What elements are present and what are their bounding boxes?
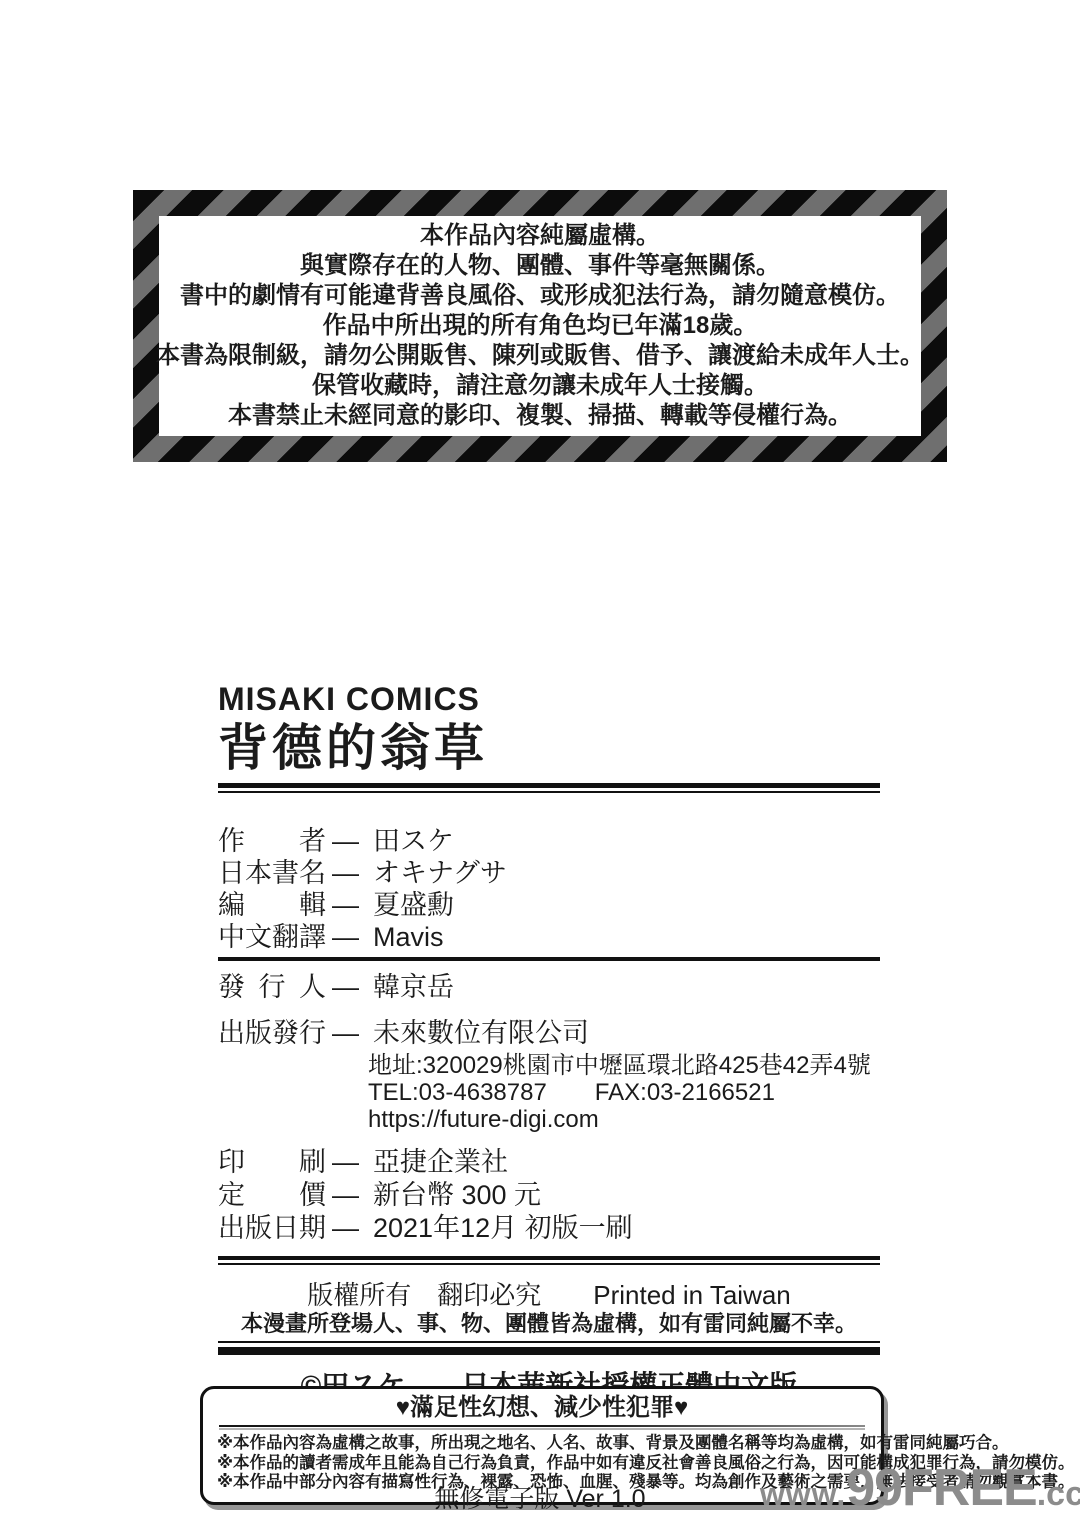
credit-value: 田スケ [373,825,880,857]
content-warning-box: 本作品內容純屬虛構。 與實際存在的人物、團體、事件等毫無關係。 書中的劇情有可能… [133,190,947,462]
credit-label: 編輯 [218,889,326,921]
site-watermark: www. 99FREE .cc [760,1458,1080,1518]
credit-value: 夏盛勳 [373,889,880,921]
publication-row-date: 出版日期 — 2021年12月 初版一刷 [218,1212,880,1244]
copyright-divider [218,1341,880,1355]
publication-dash: — [332,1179,359,1211]
credits-list: 作者 — 田スケ 日本書名 — オキナグサ 編輯 — 夏盛勳 中文翻譯 — Ma… [218,825,880,953]
rating-notice-heading: ♥滿足性幻想、減少性犯罪♥ [217,1394,867,1422]
publisher-website: https://future-digi.com [368,1106,880,1133]
publication-dash: — [332,1146,359,1178]
publication-label: 發行人 [218,971,326,1003]
publication-row-publisher: 出版發行 — 未來數位有限公司 [218,1017,880,1049]
warning-line: 本書為限制級，請勿公開販售、陳列或販售、借予、讓渡給未成年人士。 [156,341,924,371]
publication-value: 亞捷企業社 [373,1146,880,1178]
publication-divider [218,1256,880,1265]
watermark-brand: 99FREE [846,1458,1037,1518]
watermark-tld: .cc [1037,1475,1080,1514]
credit-value: Mavis [373,921,880,953]
publication-row-printer: 印刷 — 亞捷企業社 [218,1146,880,1178]
publication-label: 出版發行 [218,1017,326,1049]
credit-label: 作者 [218,825,326,857]
publisher-imprint-logo: MISAKI COMICS [218,683,880,715]
rating-notice-divider [219,1425,865,1427]
warning-line: 作品中所出現的所有角色均已年滿18歲。 [323,311,758,341]
publication-label: 印刷 [218,1146,326,1178]
copyright-statement: 版權所有 翻印必究 Printed in Taiwan [218,1275,880,1307]
publication-row-issuer: 發行人 — 韓京岳 [218,971,880,1003]
publication-value: 韓京岳 [373,971,880,1003]
credit-row-author: 作者 — 田スケ [218,825,880,857]
publication-label: 出版日期 [218,1212,326,1244]
warning-line: 本作品內容純屬虛構。 [420,221,660,251]
publisher-address: 地址:320029桃園市中壢區環北路425巷42弄4號 [368,1052,880,1079]
warning-line: 保管收藏時，請注意勿讓未成年人士接觸。 [312,371,768,401]
credit-row-japanese-title: 日本書名 — オキナグサ [218,857,880,889]
fiction-disclaimer: 本漫畫所登場人、事、物、團體皆為虛構，如有雷同純屬不幸。 [218,1313,880,1335]
warning-line: 與實際存在的人物、團體、事件等毫無關係。 [300,251,780,281]
credit-label: 中文翻譯 [218,921,326,953]
credit-label: 日本書名 [218,857,326,889]
credit-dash: — [332,857,359,889]
publication-label: 定價 [218,1179,326,1211]
warning-line: 本書禁止未經同意的影印、複製、掃描、轉載等侵權行為。 [228,401,852,431]
book-title: 背德的翁草 [218,721,880,775]
credit-row-translator: 中文翻譯 — Mavis [218,921,880,953]
credit-row-editor: 編輯 — 夏盛勳 [218,889,880,921]
publication-value: 新台幣 300 元 [373,1179,880,1211]
title-divider [218,783,880,793]
content-warning-text: 本作品內容純屬虛構。 與實際存在的人物、團體、事件等毫無關係。 書中的劇情有可能… [159,216,921,436]
publication-value: 未來數位有限公司 [373,1017,880,1049]
rating-notice-item: ※本作品內容為虛構之故事，所出現之地名、人名、故事、背景及團體名稱等均為虛構，如… [217,1434,867,1454]
credit-value: オキナグサ [373,857,880,889]
publication-list: 發行人 — 韓京岳 出版發行 — 未來數位有限公司 地址:320029桃園市中壢… [218,971,880,1244]
publication-value: 2021年12月 初版一刷 [373,1212,880,1244]
publication-dash: — [332,1212,359,1244]
warning-line: 書中的劇情有可能違背善良風俗、或形成犯法行為，請勿隨意模仿。 [180,281,900,311]
publication-row-price: 定價 — 新台幣 300 元 [218,1179,880,1211]
credits-divider [218,957,880,961]
watermark-www: www. [760,1476,846,1513]
publisher-details: 地址:320029桃園市中壢區環北路425巷42弄4號 TEL:03-46387… [368,1052,880,1133]
colophon-page: 本作品內容純屬虛構。 與實際存在的人物、團體、事件等毫無關係。 書中的劇情有可能… [0,0,1080,1532]
credit-dash: — [332,889,359,921]
publication-dash: — [332,971,359,1003]
colophon-column: MISAKI COMICS 背德的翁草 作者 — 田スケ 日本書名 — オキナグ… [218,683,880,1401]
publication-dash: — [332,1017,359,1049]
publisher-phone-fax: TEL:03-4638787 FAX:03-2166521 [368,1079,880,1106]
credit-dash: — [332,921,359,953]
credit-dash: — [332,825,359,857]
